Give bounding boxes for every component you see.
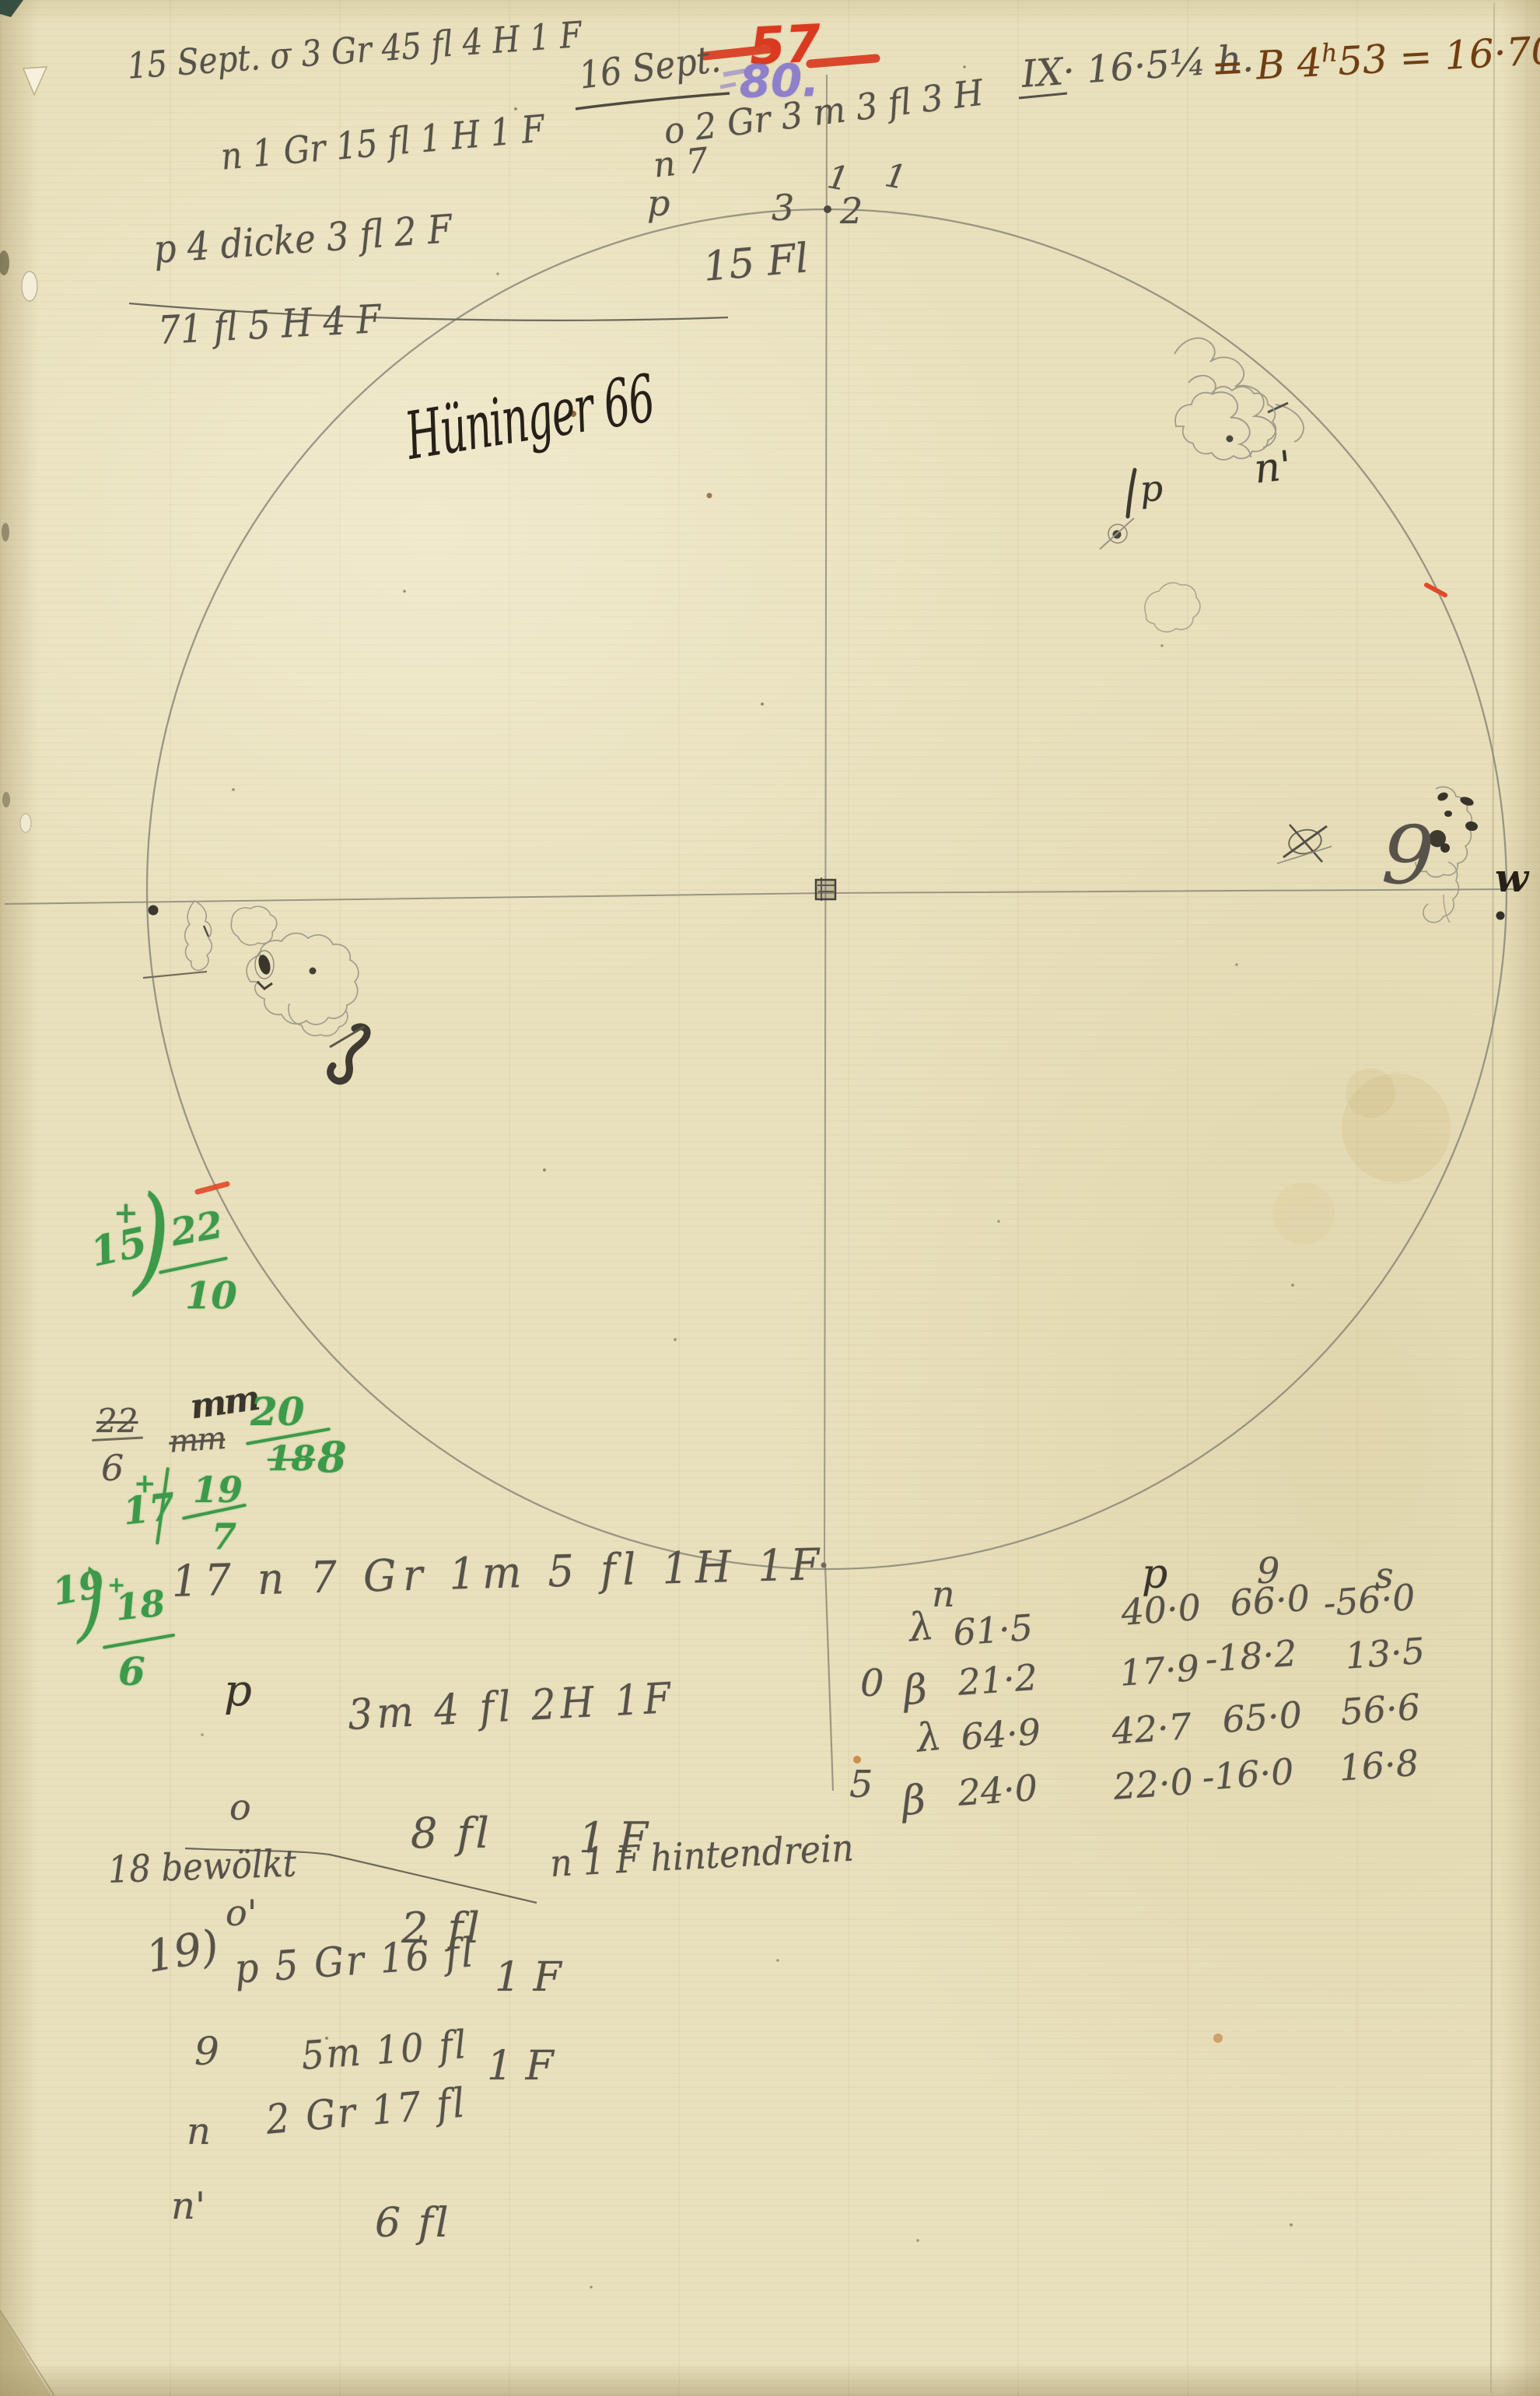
disk-label-west: w [1495,859,1528,898]
green20-den: 8 [317,1436,347,1478]
disk-label-nine: 9 [1381,814,1437,897]
time-conversion-ink: = B 4h53 = 16·703 [1210,27,1540,87]
pencil-stroke-p [1128,470,1135,517]
spot-group-left [185,901,367,1081]
note-15fl: 15 Fl [702,238,810,288]
note-16sept-line1: o 2 Gr 3 m 3 fl 3 H [662,75,985,149]
table-cell: 21·2 [957,1659,1038,1701]
ruled-line [1491,3,1494,2393]
table-cell: 40·0 [1120,1589,1202,1631]
note-15sept-line4: 71 fl 5 H 4 F [157,299,382,350]
green19-den: 6 [118,1652,145,1691]
note-15sept-line3: p 4 dicke 3 fl 2 F [152,209,453,269]
table-cell: -18·2 [1204,1635,1298,1677]
table-row3-label: λ [915,1717,943,1758]
obs19-row4-label: n' [171,2188,205,2225]
table-row4-margin: 5 [849,1766,873,1803]
roman-numeral: IX [1020,50,1065,96]
note-16sept-p: p [647,185,670,221]
observation-sheet: 57 80. 15 Sept. σ 3 Gr 45 fl 4 H 1 F 16 … [0,0,1540,2396]
green19-num: 18 [114,1585,166,1625]
crossed-out-sketch [1277,825,1332,863]
obs19-row1-f: 1 F [495,1957,562,1998]
table-cell: 65·0 [1221,1697,1303,1738]
green17-num: 19 [193,1472,243,1508]
green19-paren: ) [78,1559,104,1645]
green19-fraction-bar [103,1634,175,1649]
table-cell: 13·5 [1344,1633,1426,1674]
table-row4-label: β [901,1780,927,1822]
right-limb-dot [1496,912,1505,920]
mm-scribble-crossed: mm [168,1423,226,1458]
obs19-row3-label: n [187,2113,211,2150]
note-16sept-2: 2 [840,193,863,229]
obs19-row2-f: 1 F [487,2046,554,2086]
left-limb-dot [149,906,159,916]
green15-paren: ) [134,1181,170,1298]
top-limb-dot [824,205,831,213]
obs17-row2-label: p [224,1669,252,1713]
faint-outline-blob [1145,583,1200,632]
table-cell: -56·0 [1322,1579,1416,1621]
note-16sept-n7: n 7 [652,144,710,184]
table-cell: 56·6 [1339,1689,1421,1730]
faculae-band-upper-right [1174,338,1304,457]
green20-num: 20 [250,1392,305,1431]
table-cell: 22·0 [1112,1764,1194,1805]
obs17-row3-label: o [229,1789,251,1825]
vertical-line-extension [825,1566,833,1791]
obs19-row4: 6 fl [375,2203,451,2244]
table-cell: 17·9 [1118,1650,1200,1691]
note-16sept-date: 16 Sept. [577,40,723,95]
table-cell: 16·8 [1338,1745,1419,1786]
table-header-n: n [932,1576,955,1612]
green20-crossed: 18 [268,1442,315,1476]
mm-scribble: mm [188,1382,260,1425]
observer-signature: Hüninger 66 [401,366,658,469]
table-cell: 66·0 [1229,1580,1311,1621]
obs19-row3: 2 Gr 17 fl [264,2082,468,2140]
solar-disk-circle [147,209,1507,1569]
obs17-row2: 3m 4 fl 2H 1F [347,1677,676,1736]
obs19-row1: p 5 Gr 16 fl [233,1932,477,1989]
disk-label-n-prime: n' [1252,446,1293,490]
note-15sept-line1: 15 Sept. σ 3 Gr 45 fl 4 H 1 F [126,16,583,84]
ink-sup-h: h [1321,37,1339,68]
obs19-row2: 5m 10 fl [300,2025,469,2075]
note-15sept-line2: n 1 Gr 15 fl 1 H 1 F [219,110,546,176]
obs17-row4-label: o' [226,1895,257,1931]
note-16sept-count2: 1 [883,159,909,194]
ink-pre: = B 4 [1210,40,1323,90]
table-cell: 64·9 [960,1714,1041,1755]
green17-day: 17 [121,1488,177,1531]
limb-tick-mark [143,972,207,978]
vertical-diameter-line [824,75,827,1566]
pencil-frac-den: 6 [101,1450,124,1486]
green15-den: 10 [185,1277,237,1315]
obs19-row2-label: 9 [194,2032,219,2071]
obs17-row3-fl: 8 fl [411,1813,492,1855]
table-cell: -16·0 [1201,1753,1295,1795]
table-row1-label: λ [907,1606,936,1648]
horizontal-diameter-line [5,889,1518,904]
obs19-day: 19) [143,1925,222,1980]
pencil-frac-num: 22 [96,1405,138,1438]
obs18-text: 18 bewölkt [107,1845,297,1889]
table-cell: 61·5 [952,1610,1034,1651]
green17-den: 7 [212,1519,236,1554]
ink-post: 53 = 16·703 [1337,26,1540,84]
obs17-line1: 17 n 7 Gr 1m 5 fl 1H 1F [171,1543,827,1604]
green15-num: 22 [168,1206,226,1252]
table-row2-label: β [902,1669,929,1711]
band-tick [1268,403,1288,412]
sketch-layer [0,0,1540,2396]
note-16sept-3: 3 [772,190,794,226]
disk-center-marker [816,877,835,901]
paper-edge-damage [0,0,54,2396]
table-cell: 24·0 [957,1770,1038,1811]
table-cell: 42·7 [1111,1708,1192,1750]
table-row2-margin: 0 [860,1665,884,1702]
small-spot-upper-right [1100,518,1134,549]
disk-label-p: p [1139,470,1164,507]
